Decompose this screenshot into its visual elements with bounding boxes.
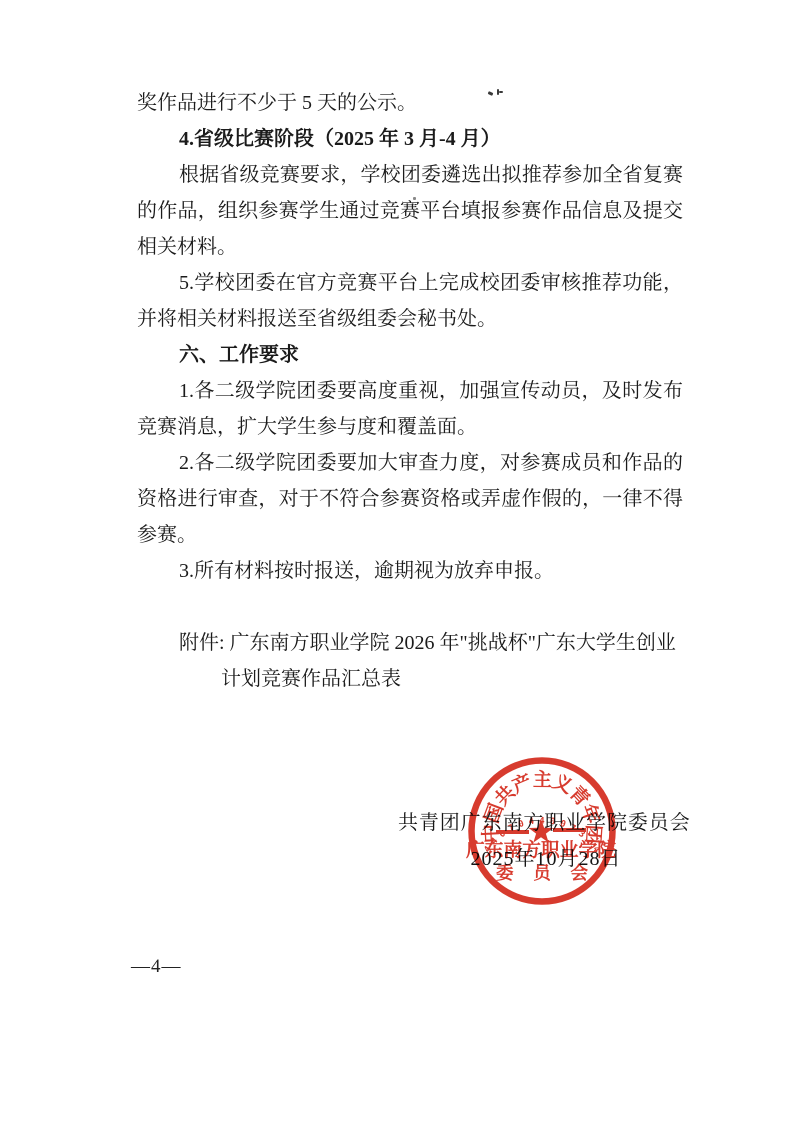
document-body: 奖作品进行不少于 5 天的公示。 4.省级比赛阶段（2025 年 3 月-4 月… (137, 85, 683, 697)
doc-line: 2.各二级学院团委要加大审查力度，对参赛成员和作品的 (137, 445, 683, 481)
attachment-line-1: 附件: 广东南方职业学院 2026 年"挑战杯"广东大学生创业 (137, 625, 683, 661)
scan-artifact (413, 197, 416, 200)
blank-line (137, 589, 683, 625)
official-seal-stamp: 中国共产主义青年团 广东南方职业学院 委员会 4407044007374 (460, 749, 624, 913)
document-page: 奖作品进行不少于 5 天的公示。 4.省级比赛阶段（2025 年 3 月-4 月… (0, 0, 800, 1132)
doc-line: 5.学校团委在官方竞赛平台上完成校团委审核推荐功能， (137, 265, 683, 301)
doc-line: 参赛。 (137, 517, 683, 553)
doc-line: 竞赛消息，扩大学生参与度和覆盖面。 (137, 409, 683, 445)
doc-line: 根据省级竞赛要求，学校团委遴选出拟推荐参加全省复赛 (137, 157, 683, 193)
doc-line: 相关材料。 (137, 229, 683, 265)
scan-artifact (499, 91, 503, 93)
doc-line: 1.各二级学院团委要高度重视，加强宣传动员，及时发布 (137, 373, 683, 409)
stage-heading: 4.省级比赛阶段（2025 年 3 月-4 月） (137, 121, 683, 157)
seal-committee-text: 委员会 (496, 863, 589, 883)
work-requirements-heading: 六、工作要求 (137, 337, 683, 373)
doc-line: 3.所有材料按时报送，逾期视为放弃申报。 (137, 553, 683, 589)
doc-line: 并将相关材料报送至省级组委会秘书处。 (137, 301, 683, 337)
doc-line: 奖作品进行不少于 5 天的公示。 (137, 85, 683, 121)
page-number: —4— (131, 956, 182, 978)
doc-line: 的作品，组织参赛学生通过竞赛平台填报参赛作品信息及提交 (137, 193, 683, 229)
attachment-line-2: 计划竞赛作品汇总表 (137, 661, 683, 697)
doc-line: 资格进行审查，对于不符合参赛资格或弄虚作假的，一律不得 (137, 481, 683, 517)
